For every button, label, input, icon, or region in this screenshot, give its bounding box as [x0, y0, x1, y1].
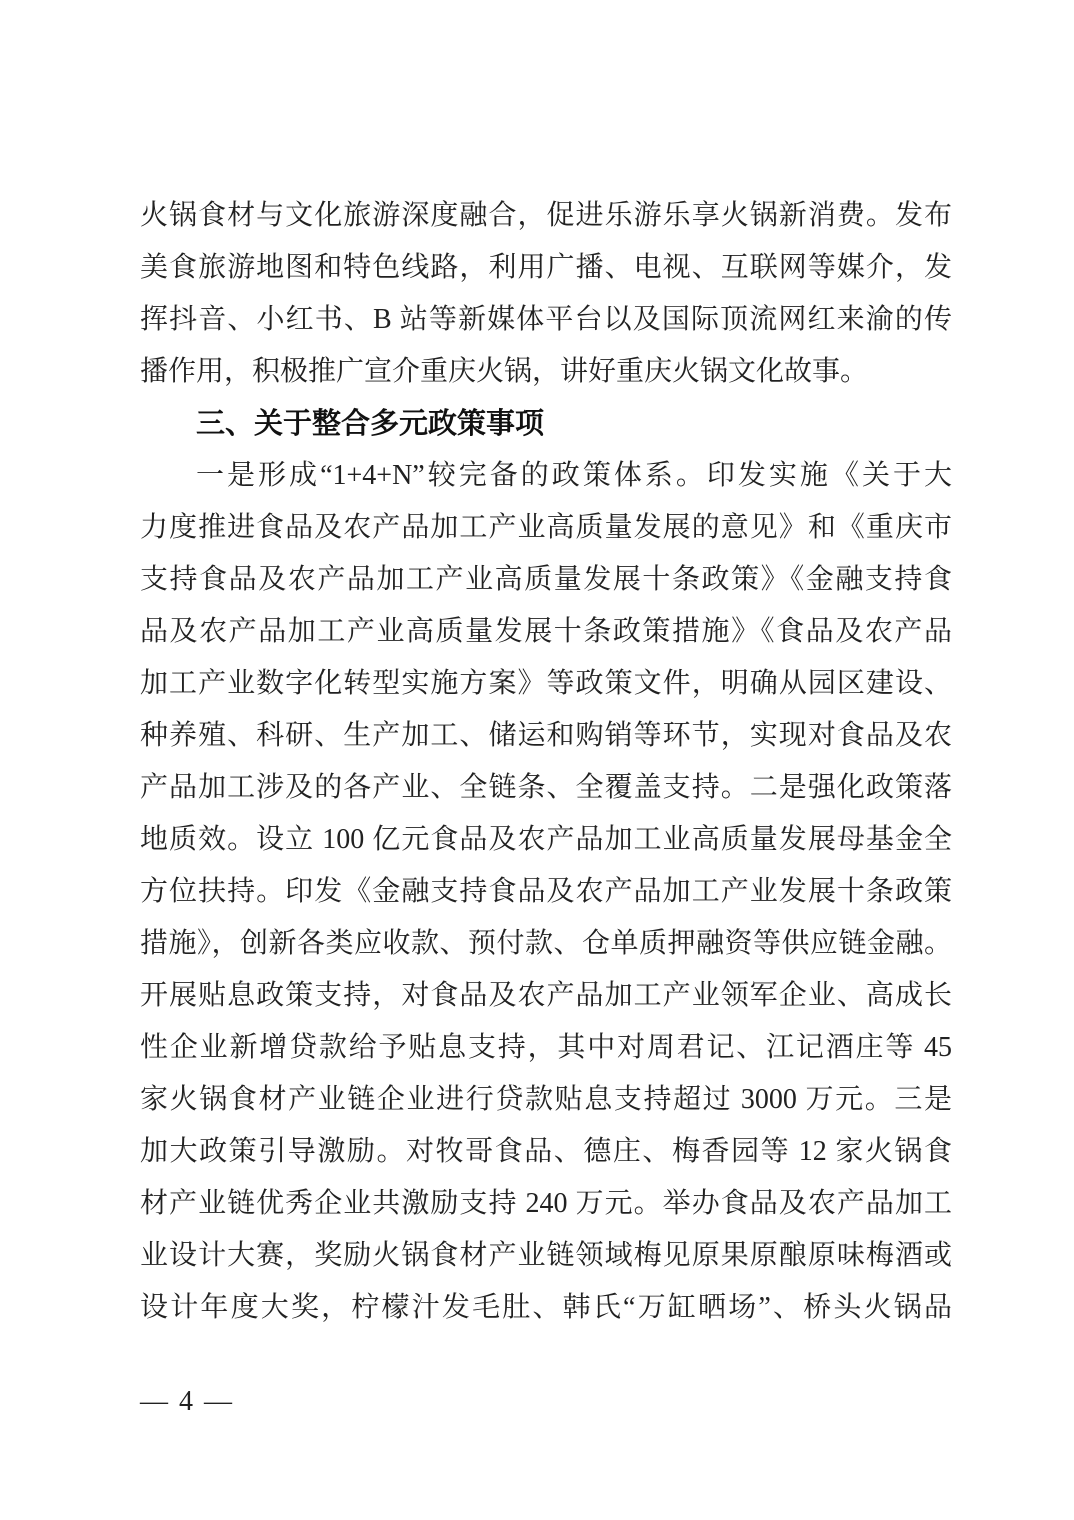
section-heading: 三、关于整合多元政策事项 — [140, 398, 952, 450]
document-line: 火锅食材与文化旅游深度融合，促进乐游乐享火锅新消费。发布 — [140, 190, 952, 242]
document-line: 地质效。设立 100 亿元食品及农产品加工业高质量发展母基金全 — [140, 814, 952, 866]
document-line: 播作用，积极推广宣介重庆火锅，讲好重庆火锅文化故事。 — [140, 346, 952, 398]
document-line: 方位扶持。印发《金融支持食品及农产品加工产业发展十条政策 — [140, 866, 952, 918]
document-line: 支持食品及农产品加工产业高质量发展十条政策》《金融支持食 — [140, 554, 952, 606]
document-line: 性企业新增贷款给予贴息支持，其中对周君记、江记酒庄等 45 — [140, 1022, 952, 1074]
document-line: 开展贴息政策支持，对食品及农产品加工产业领军企业、高成长 — [140, 970, 952, 1022]
document-body: 火锅食材与文化旅游深度融合，促进乐游乐享火锅新消费。发布美食旅游地图和特色线路，… — [140, 190, 952, 1334]
document-line: 业设计大赛，奖励火锅食材产业链领域梅见原果原酿原味梅酒或 — [140, 1230, 952, 1282]
document-line: 美食旅游地图和特色线路，利用广播、电视、互联网等媒介，发 — [140, 242, 952, 294]
document-line: 产品加工涉及的各产业、全链条、全覆盖支持。二是强化政策落 — [140, 762, 952, 814]
page-number: — 4 — — [140, 1376, 234, 1428]
document-line: 加工产业数字化转型实施方案》等政策文件，明确从园区建设、 — [140, 658, 952, 710]
document-line: 一是形成“1+4+N”较完备的政策体系。印发实施《关于大 — [140, 450, 952, 502]
document-line: 力度推进食品及农产品加工产业高质量发展的意见》和《重庆市 — [140, 502, 952, 554]
document-page: 火锅食材与文化旅游深度融合，促进乐游乐享火锅新消费。发布美食旅游地图和特色线路，… — [0, 0, 1074, 1520]
document-line: 材产业链优秀企业共激励支持 240 万元。举办食品及农产品加工 — [140, 1178, 952, 1230]
document-line: 挥抖音、小红书、B 站等新媒体平台以及国际顶流网红来渝的传 — [140, 294, 952, 346]
document-line: 品及农产品加工产业高质量发展十条政策措施》《食品及农产品 — [140, 606, 952, 658]
document-line: 种养殖、科研、生产加工、储运和购销等环节，实现对食品及农 — [140, 710, 952, 762]
document-line: 设计年度大奖，柠檬汁发毛肚、韩氏“万缸晒场”、桥头火锅品 — [140, 1282, 952, 1334]
document-line: 家火锅食材产业链企业进行贷款贴息支持超过 3000 万元。三是 — [140, 1074, 952, 1126]
document-line: 措施》，创新各类应收款、预付款、仓单质押融资等供应链金融。 — [140, 918, 952, 970]
document-line: 加大政策引导激励。对牧哥食品、德庄、梅香园等 12 家火锅食 — [140, 1126, 952, 1178]
